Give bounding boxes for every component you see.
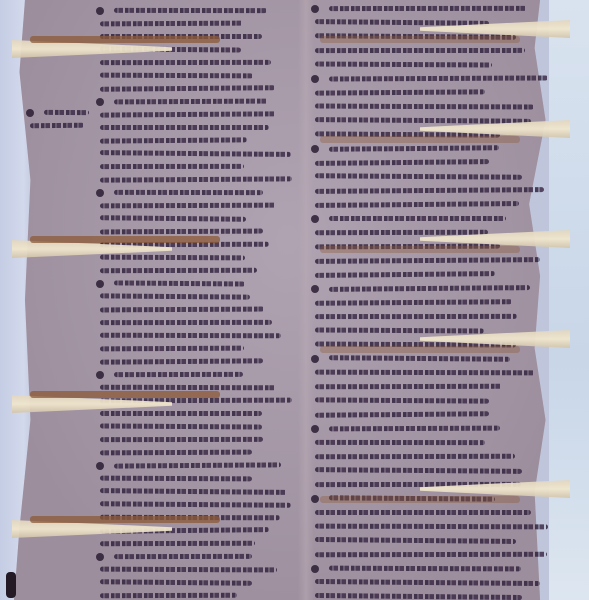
- handwritten-line: [315, 314, 517, 319]
- tape-stain: [30, 236, 220, 243]
- handwritten-line: [114, 190, 263, 195]
- handwritten-line: [100, 164, 244, 169]
- handwritten-line: [315, 440, 485, 445]
- handwritten-line: [100, 307, 264, 313]
- paragraph-marker: [311, 495, 319, 503]
- handwritten-line: [100, 541, 255, 546]
- handwritten-line: [329, 216, 506, 221]
- handwritten-line: [100, 203, 276, 209]
- tape-stain: [320, 496, 520, 503]
- paragraph-marker: [26, 109, 34, 117]
- handwritten-line: [315, 510, 531, 515]
- handwritten-line: [100, 320, 272, 325]
- handwritten-line: [100, 60, 271, 65]
- tape-stain: [320, 36, 520, 43]
- paragraph-marker: [311, 565, 319, 573]
- handwritten-line: [315, 384, 502, 390]
- paragraph-marker: [311, 355, 319, 363]
- handwritten-line: [100, 73, 253, 79]
- ink-blot: [6, 572, 16, 598]
- handwritten-line: [100, 437, 263, 442]
- handwritten-line: [30, 123, 84, 128]
- handwritten-line: [114, 99, 268, 105]
- handwritten-line: [315, 524, 548, 530]
- handwritten-line: [100, 450, 252, 456]
- handwritten-line: [44, 110, 89, 115]
- tape-stain: [320, 346, 520, 353]
- handwritten-line: [100, 255, 246, 261]
- paragraph-marker: [96, 553, 104, 561]
- paragraph-marker: [96, 189, 104, 197]
- handwritten-line: [329, 426, 500, 432]
- handwritten-line: [100, 229, 263, 235]
- paragraph-marker: [311, 425, 319, 433]
- handwritten-line: [315, 230, 488, 236]
- handwritten-line: [315, 48, 525, 53]
- handwritten-line: [100, 125, 269, 130]
- paragraph-marker: [311, 285, 319, 293]
- tape-stain: [320, 246, 520, 253]
- handwritten-line: [100, 567, 277, 573]
- handwritten-line: [114, 554, 252, 559]
- handwritten-line: [100, 476, 252, 482]
- column-fold: [298, 0, 314, 600]
- handwritten-line: [114, 8, 267, 13]
- handwritten-line: [114, 372, 243, 377]
- handwritten-line: [100, 21, 243, 27]
- paragraph-marker: [96, 462, 104, 470]
- handwritten-line: [329, 6, 527, 11]
- handwritten-line: [100, 593, 237, 598]
- tape-stain: [320, 136, 520, 143]
- backdrop-right: [549, 0, 589, 600]
- handwritten-line: [100, 385, 276, 391]
- paragraph-marker: [96, 7, 104, 15]
- handwritten-line: [315, 61, 492, 67]
- tape-stain: [30, 36, 220, 43]
- paragraph-marker: [96, 280, 104, 288]
- paragraph-marker: [311, 75, 319, 83]
- handwritten-line: [315, 552, 547, 557]
- tape-stain: [30, 391, 220, 398]
- handwritten-line: [315, 370, 535, 376]
- handwritten-line: [315, 454, 515, 460]
- tape-stain: [30, 516, 220, 523]
- handwritten-line: [315, 104, 534, 110]
- handwritten-line: [329, 566, 521, 572]
- handwritten-line: [100, 333, 281, 339]
- handwritten-line: [100, 346, 244, 352]
- paragraph-marker: [96, 98, 104, 106]
- handwritten-line: [100, 268, 257, 273]
- handwritten-line: [100, 411, 262, 416]
- paragraph-marker: [96, 371, 104, 379]
- handwritten-line: [315, 328, 484, 334]
- paragraph-marker: [311, 145, 319, 153]
- paragraph-marker: [311, 5, 319, 13]
- paragraph-marker: [311, 215, 319, 223]
